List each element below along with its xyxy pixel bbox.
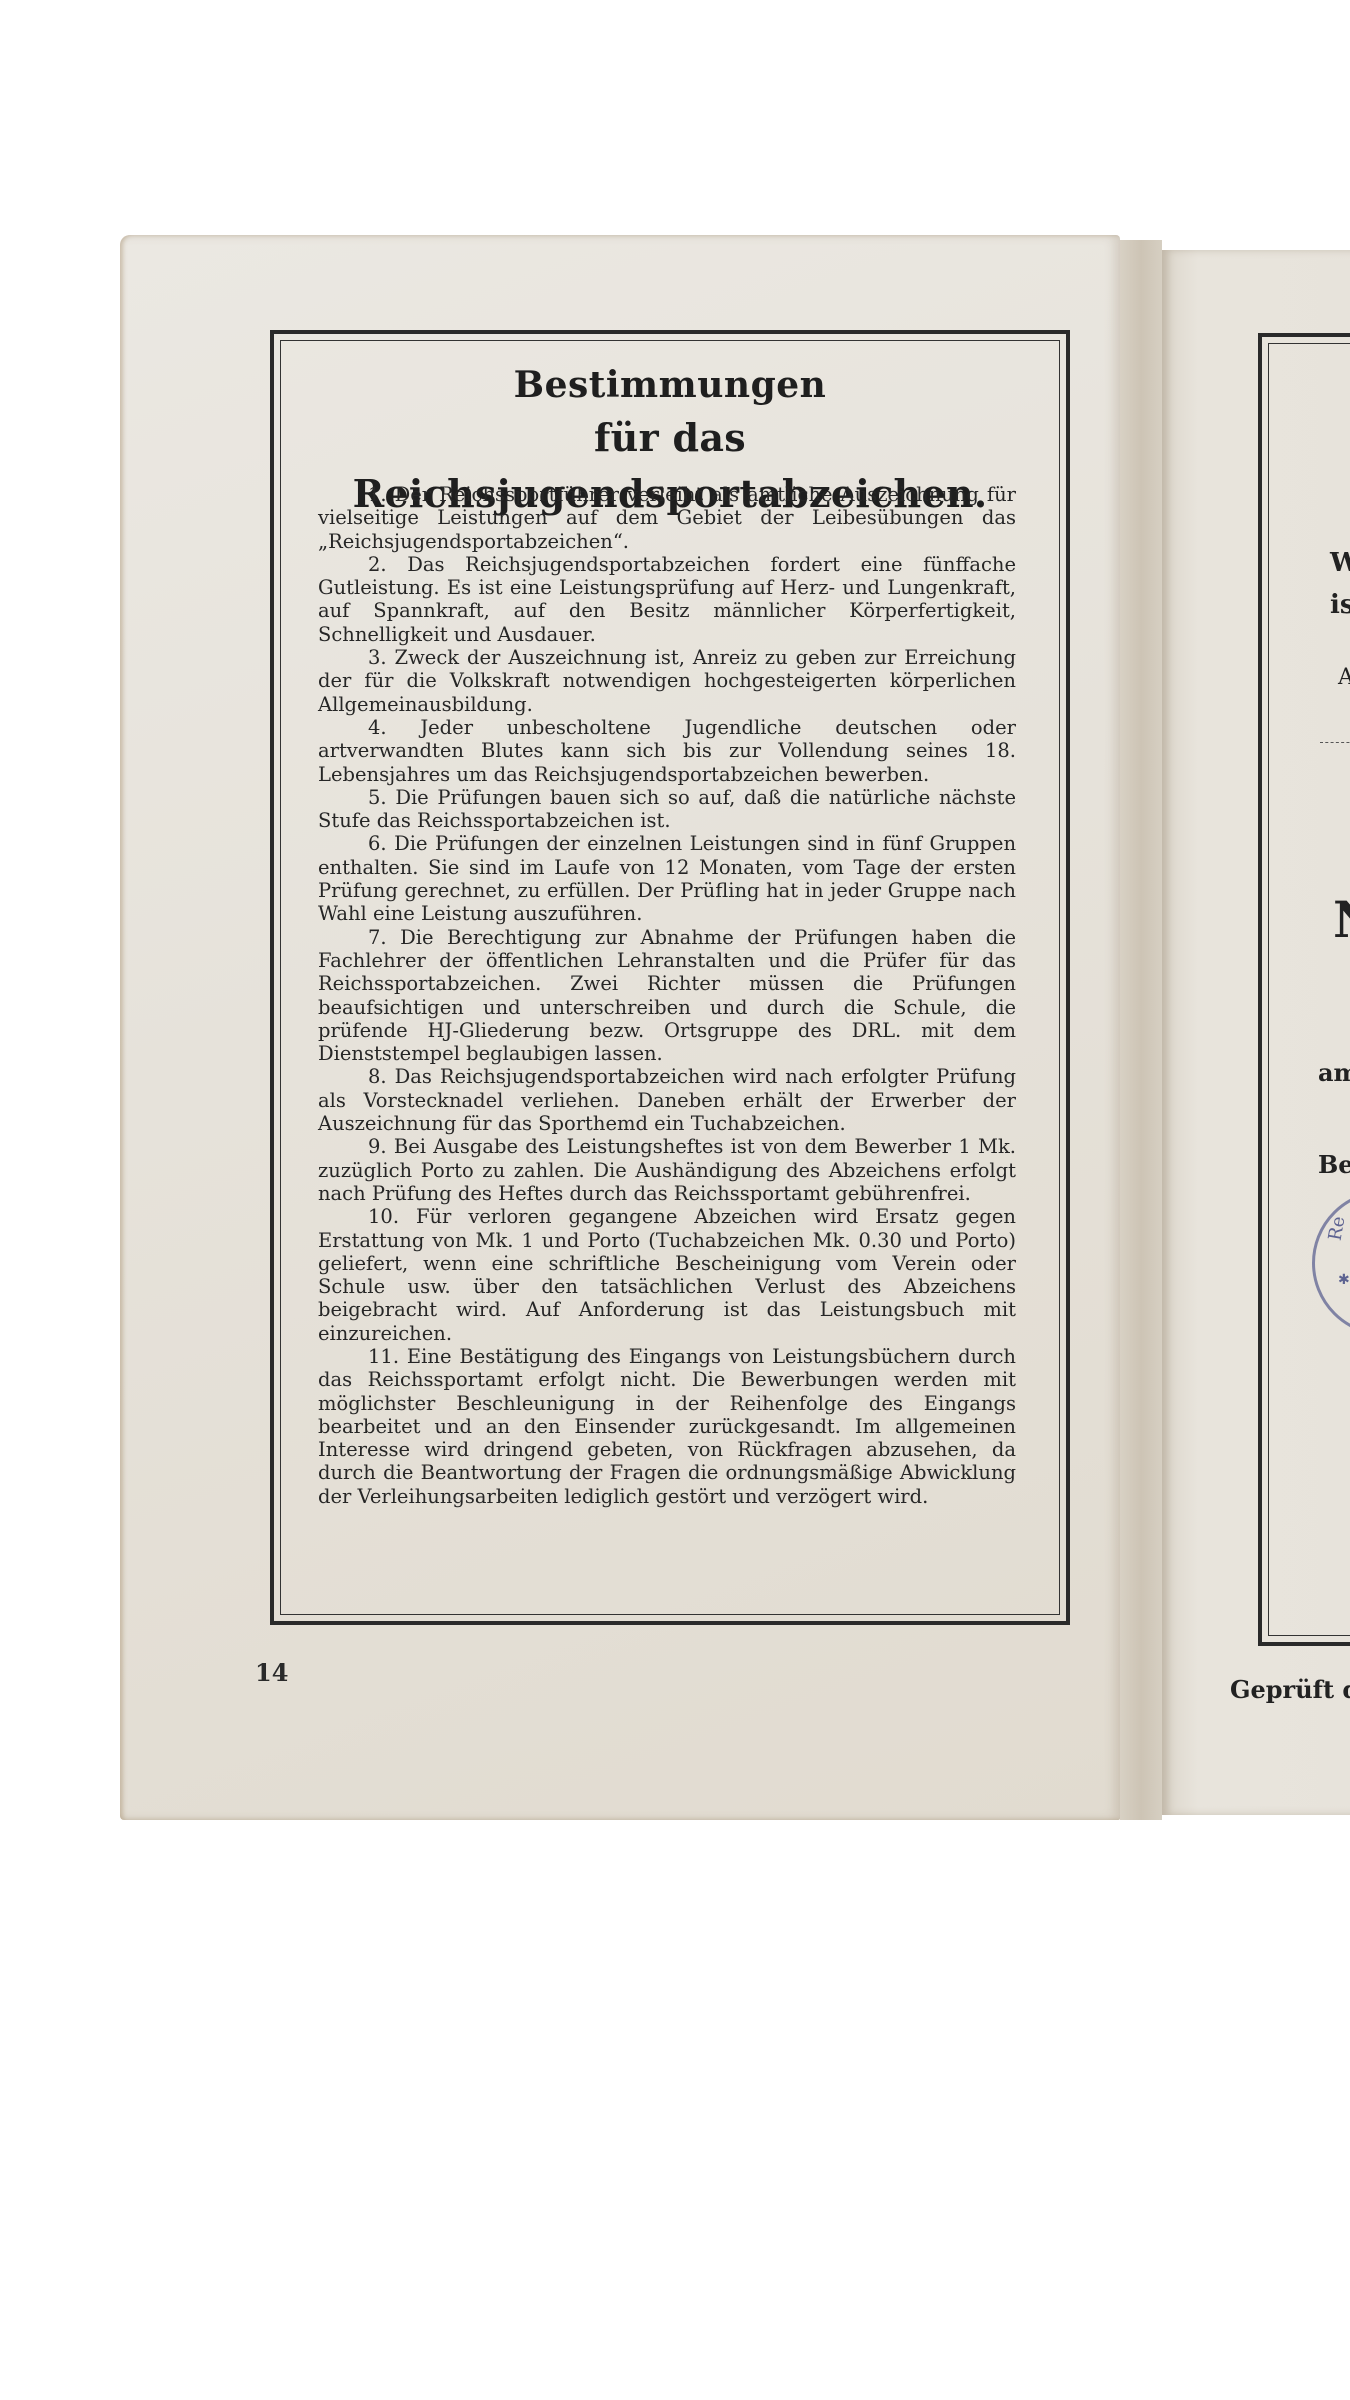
regulation-paragraph-9: 9. Bei Ausgabe des Leistungsheftes ist v… <box>318 1135 1016 1205</box>
title-line-1: Bestimmungen <box>290 360 1050 410</box>
regulation-paragraph-11: 11. Eine Bestätigung des Eingangs von Le… <box>318 1345 1016 1508</box>
regulation-paragraph-5: 5. Die Prüfungen bauen sich so auf, daß … <box>318 786 1016 833</box>
stamp-text: Re <box>1325 1215 1350 1242</box>
right-fragment-4: N <box>1333 890 1350 949</box>
regulation-paragraph-3: 3. Zweck der Auszeichnung ist, Anreiz zu… <box>318 646 1016 716</box>
right-fragment-7: Geprüft d <box>1230 1675 1350 1704</box>
regulation-paragraph-6: 6. Die Prüfungen der einzelnen Leistunge… <box>318 832 1016 925</box>
stamp-star-icon: ✱ <box>1338 1272 1350 1289</box>
right-fragment-1: W <box>1330 548 1350 578</box>
right-fragment-3: A <box>1338 665 1350 690</box>
regulations-text: 1. Der Reichssportführer verleiht als am… <box>318 483 1016 1508</box>
right-fragment-2: ist <box>1330 590 1350 620</box>
right-page-border-frame <box>1258 333 1350 1646</box>
regulation-paragraph-8: 8. Das Reichsjugendsportabzeichen wird n… <box>318 1065 1016 1135</box>
right-page-dashed-line <box>1320 742 1350 743</box>
regulation-paragraph-2: 2. Das Reichsjugendsportabzeichen forder… <box>318 553 1016 646</box>
right-page-inner-border <box>1268 343 1350 1636</box>
page-number: 14 <box>255 1658 288 1687</box>
right-fragment-6: Be <box>1318 1150 1350 1179</box>
regulation-paragraph-7: 7. Die Berechtigung zur Abnahme der Prüf… <box>318 926 1016 1066</box>
right-fragment-5: am <box>1318 1058 1350 1087</box>
regulation-paragraph-10: 10. Für verloren gegangene Abzeichen wir… <box>318 1205 1016 1345</box>
book-gutter <box>1120 240 1162 1820</box>
regulation-paragraph-4: 4. Jeder unbescholtene Jugendliche deuts… <box>318 716 1016 786</box>
regulation-paragraph-1: 1. Der Reichssportführer verleiht als am… <box>318 483 1016 553</box>
